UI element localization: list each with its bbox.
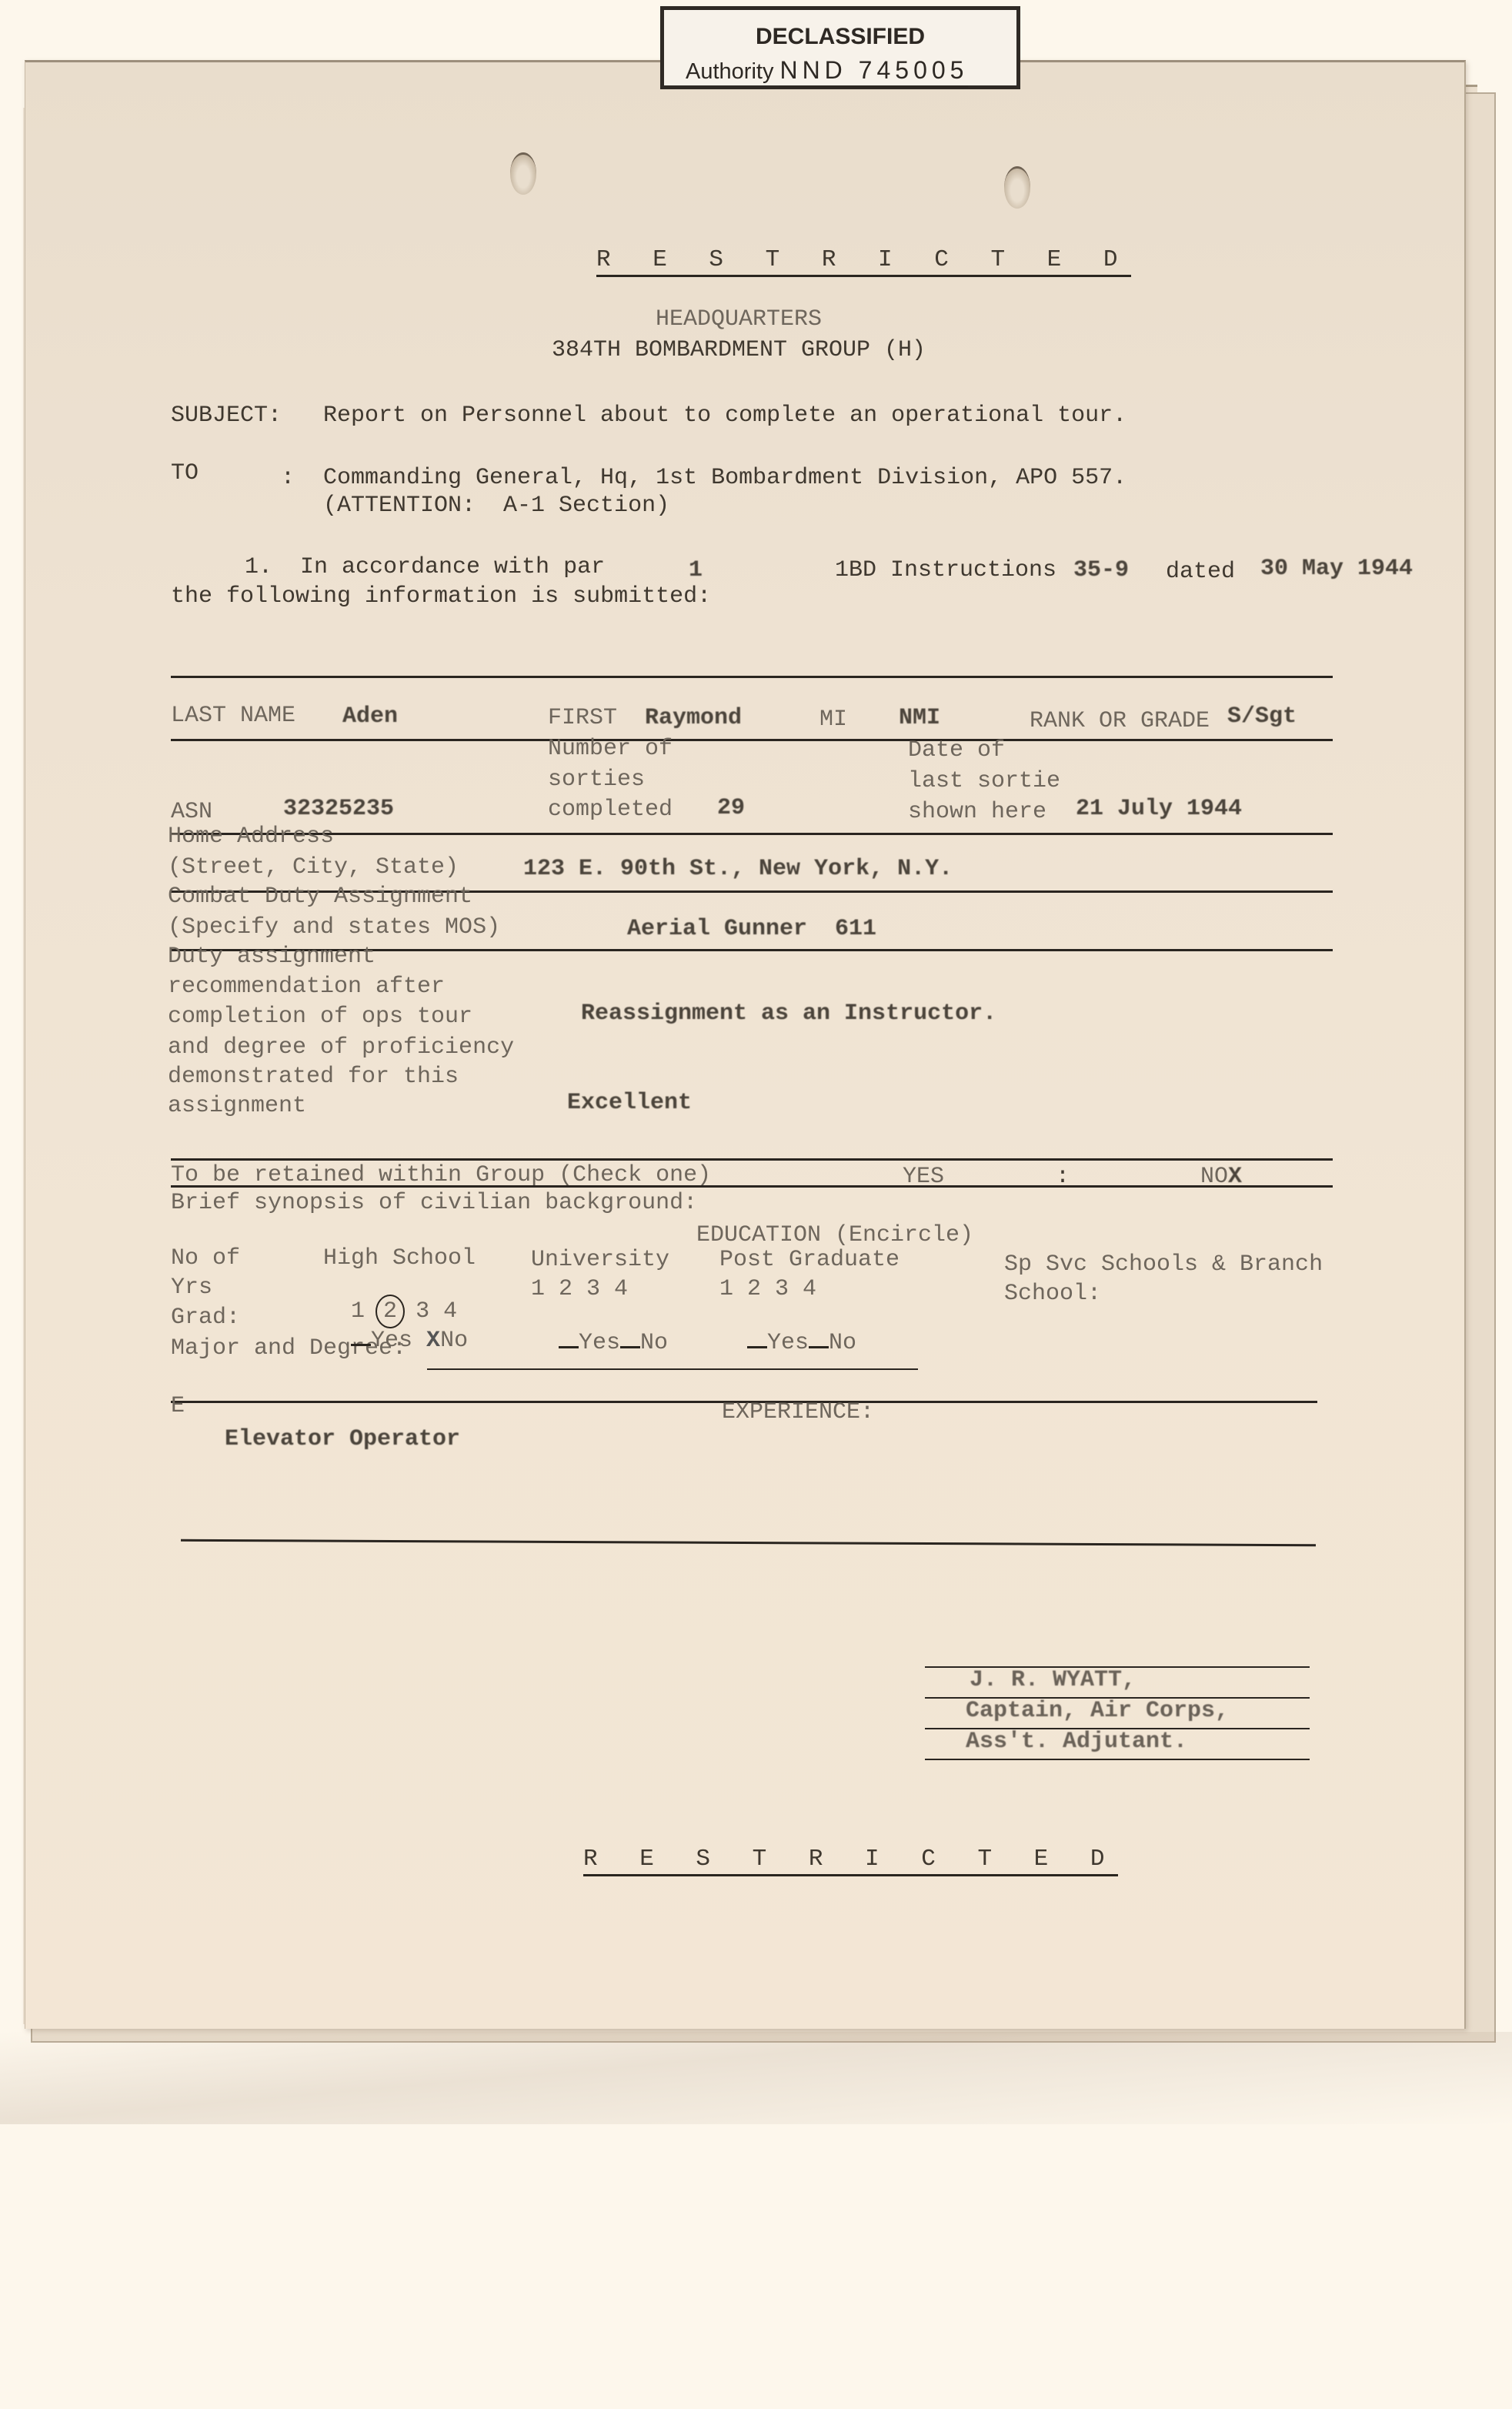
high-school-grad[interactable]: Yes XNo [323,1306,468,1352]
instructions-number: 35-9 [1073,559,1129,582]
form-rule [171,676,1333,678]
duty-label-line: completion of ops tour [168,1005,472,1028]
punch-hole-icon [1004,166,1030,209]
signature-title: Captain, Air Corps, [966,1699,1229,1722]
combat-duty-label-2: (Specify and states MOS) [168,916,500,939]
hq-line-2: 384TH BOMBARDMENT GROUP (H) [492,339,985,362]
middle-initial-value: NMI [899,707,940,730]
retain-yes-option[interactable]: YES [903,1165,944,1188]
retain-no-option[interactable]: NOX [1200,1165,1242,1188]
home-address-label-2: (Street, City, State) [168,856,459,879]
post-graduate-years[interactable]: 1 2 3 4 [719,1278,816,1301]
sp-svc-schools-label-2: School: [1004,1282,1101,1305]
classification-bottom: R E S T R I C T E D [583,1847,1118,1876]
signature-position: Ass't. Adjutant. [966,1730,1187,1753]
retain-label: To be retained within Group (Check one) [171,1164,711,1187]
experience-value: Elevator Operator [225,1428,460,1451]
signature-name: J. R. WYATT, [970,1669,1136,1692]
education-label: EDUCATION (Encircle) [696,1224,973,1247]
proficiency-value: Excellent [567,1091,692,1114]
middle-initial-label: MI [819,708,847,731]
combat-duty-value: Aerial Gunner 611 [627,917,876,941]
experience-prefix: E [171,1395,185,1418]
civilian-background-label: Brief synopsis of civilian background: [171,1191,697,1215]
sorties-label-3: completed [548,798,673,821]
grad-label: Grad: [171,1306,240,1329]
sp-svc-schools-label-1: Sp Svc Schools & Branch [1004,1253,1323,1276]
post-graduate-grad[interactable]: YesNo [719,1308,856,1355]
post-graduate-label: Post Graduate [719,1248,900,1271]
rank-label: RANK OR GRADE [1030,710,1210,733]
paper-shadow [0,2032,1512,2124]
sorties-label-1: Number of [548,737,673,760]
subject-text: Report on Personnel about to complete an… [323,404,1126,427]
last-sortie-value: 21 July 1944 [1076,797,1242,820]
form-rule [171,1158,1333,1161]
hq-line-1: HEADQUARTERS [492,308,985,331]
to-label: TO [171,462,199,485]
university-grad[interactable]: YesNo [531,1308,668,1355]
signature-rule [925,1759,1310,1760]
paragraph-line-2: the following information is submitted: [171,585,711,608]
duty-label-line: recommendation after [168,975,445,998]
dated-label: dated [1166,560,1235,583]
duty-label-line: and degree of proficiency [168,1036,514,1059]
last-name-value: Aden [342,705,398,728]
retain-no-checkmark: X [1228,1164,1242,1190]
dated-value: 30 May 1944 [1260,557,1413,580]
asn-value: 32325235 [283,797,394,820]
instructions-label: 1BD Instructions [835,559,1056,582]
asn-label: ASN [171,800,212,824]
combat-duty-label-1: Combat Duty Assignment [168,885,472,908]
stamp-authority-label: Authority [686,59,773,84]
rank-value: S/Sgt [1227,705,1297,728]
sorties-value: 29 [717,797,745,820]
retain-separator: : [1056,1165,1070,1188]
major-degree-line [427,1368,918,1370]
university-label: University [531,1248,669,1271]
university-years[interactable]: 1 2 3 4 [531,1278,628,1301]
subject-label: SUBJECT: [171,404,282,427]
form-rule [171,739,1333,741]
stamp-title: DECLASSIFIED [664,24,1016,50]
duty-recommendation-value: Reassignment as an Instructor. [581,1002,996,1025]
last-sortie-label-2: last sortie [908,770,1060,793]
paragraph-number: 1 [689,559,703,582]
experience-label: EXPERIENCE: [722,1401,874,1424]
grad-no-checkmark: X [426,1328,440,1354]
first-name-label: FIRST [548,707,617,730]
home-address-value: 123 E. 90th St., New York, N.Y. [523,857,953,880]
last-sortie-label-3: shown here [908,800,1046,824]
to-line-2: (ATTENTION: A-1 Section) [323,494,669,517]
last-sortie-label-1: Date of [908,739,1005,762]
duty-label-line: assignment [168,1094,306,1118]
stamp-authority-number: NND 745005 [779,56,968,88]
duty-label-line: demonstrated for this [168,1065,459,1088]
paragraph-lead: 1. In accordance with par [245,556,605,579]
yrs-label: Yrs [171,1276,212,1299]
high-school-label: High School [323,1247,476,1270]
classification-top: R E S T R I C T E D [596,248,1131,277]
last-name-label: LAST NAME [171,704,295,727]
to-line-1: Commanding General, Hq, 1st Bombardment … [323,466,1126,489]
declassified-stamp: DECLASSIFIED AuthorityNND 745005 [660,6,1020,89]
punch-hole-icon [510,152,536,195]
to-colon: : [281,466,295,489]
duty-label-line: Duty assignment [168,945,375,968]
home-address-label-1: Home Address [168,825,334,848]
form-rule [171,833,1333,835]
sorties-label-2: sorties [548,768,645,791]
no-of-label: No of [171,1247,240,1270]
first-name-value: Raymond [645,707,742,730]
stamp-authority: AuthorityNND 745005 [686,56,968,85]
